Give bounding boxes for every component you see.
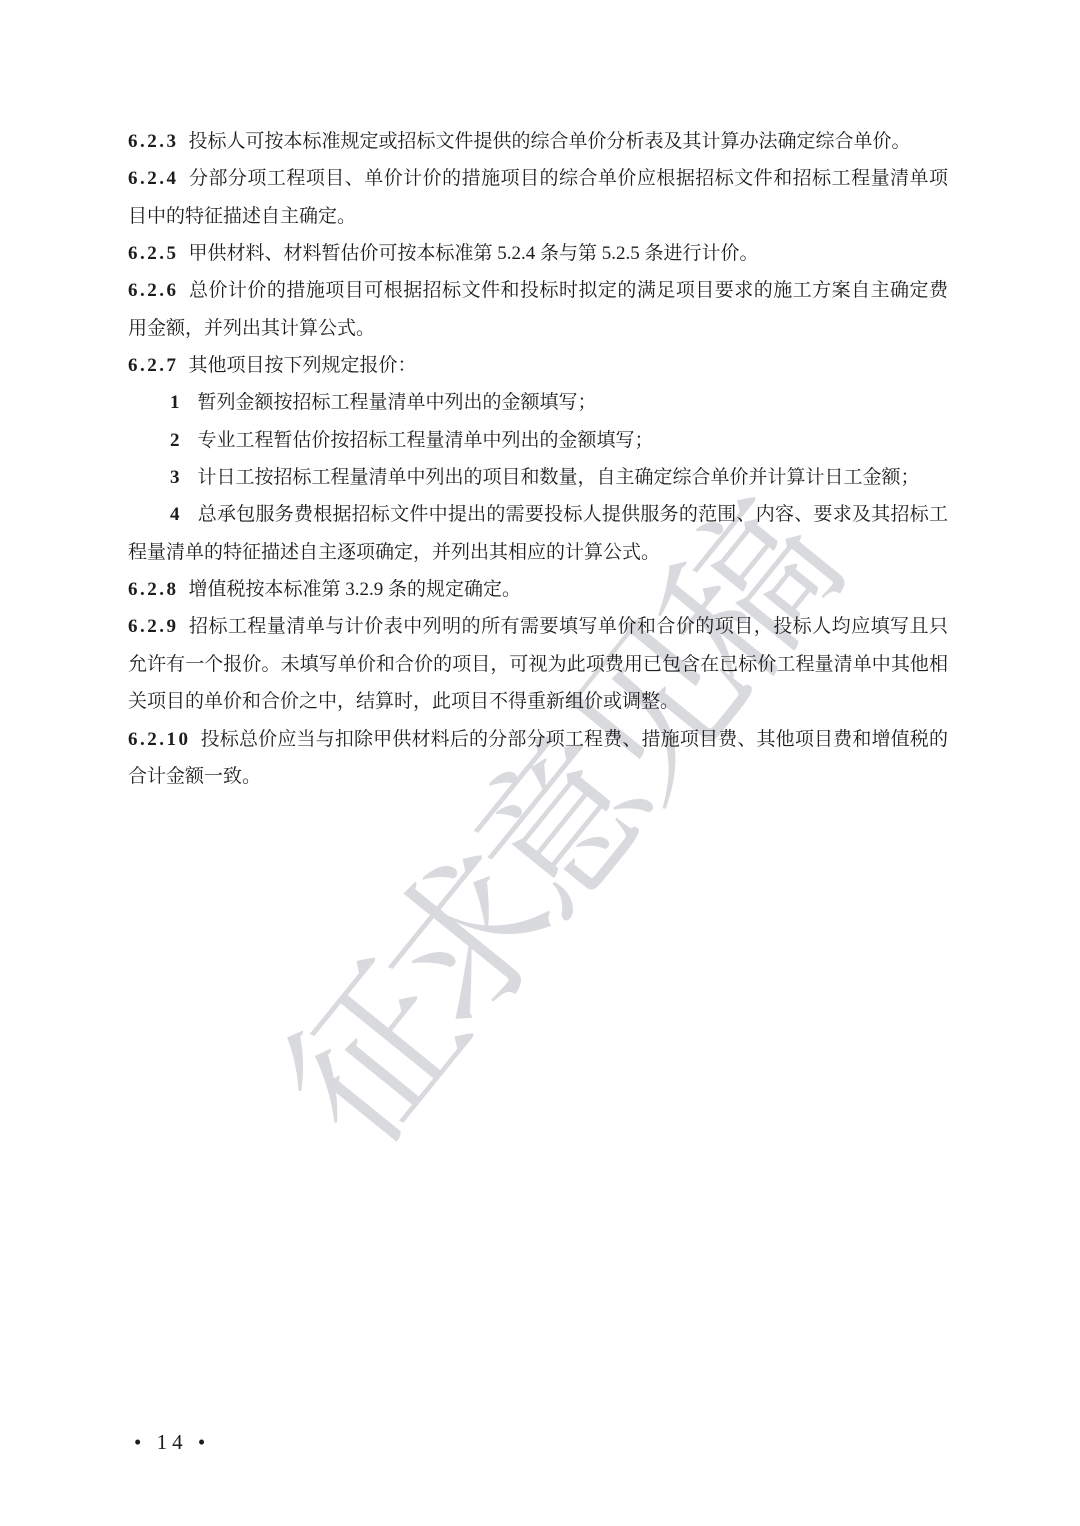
item-number: 2	[170, 430, 180, 451]
item-number: 4	[170, 504, 180, 525]
clause-text: 总价计价的措施项目可根据招标文件和投标时拟定的满足项目要求的施工方案自主确定费用…	[128, 280, 948, 338]
clause-text: 其他项目按下列规定报价：	[189, 355, 417, 376]
clause-number: 6.2.3	[128, 131, 179, 152]
item-text: 总承包服务费根据招标文件中提出的需要投标人提供服务的范围、内容、要求及其招标工程…	[128, 504, 948, 562]
clause-6-2-5: 6.2.5甲供材料、材料暂估价可按本标准第 5.2.4 条与第 5.2.5 条进…	[128, 235, 948, 272]
clause-text: 分部分项工程项目、单价计价的措施项目的综合单价应根据招标文件和招标工程量清单项目…	[128, 168, 948, 226]
clause-6-2-9: 6.2.9招标工程量清单与计价表中列明的所有需要填写单价和合价的项目，投标人均应…	[128, 608, 948, 720]
clause-list: 6.2.3投标人可按本标准规定或招标文件提供的综合单价分析表及其计算办法确定综合…	[128, 123, 948, 795]
item-text: 暂列金额按招标工程量清单中列出的金额填写；	[198, 392, 597, 413]
clause-6-2-7-item-1: 1暂列金额按招标工程量清单中列出的金额填写；	[128, 384, 948, 421]
item-text: 计日工按招标工程量清单中列出的项目和数量，自主确定综合单价并计算计日工金额；	[198, 467, 920, 488]
clause-number: 6.2.5	[128, 243, 179, 264]
clause-number: 6.2.8	[128, 579, 179, 600]
clause-text: 甲供材料、材料暂估价可按本标准第 5.2.4 条与第 5.2.5 条进行计价。	[189, 243, 759, 264]
clause-6-2-3: 6.2.3投标人可按本标准规定或招标文件提供的综合单价分析表及其计算办法确定综合…	[128, 123, 948, 160]
clause-6-2-7-item-2: 2专业工程暂估价按招标工程量清单中列出的金额填写；	[128, 422, 948, 459]
clause-6-2-7: 6.2.7其他项目按下列规定报价：	[128, 347, 948, 384]
clause-text: 投标总价应当与扣除甲供材料后的分部分项工程费、措施项目费、其他项目费和增值税的合…	[128, 729, 948, 787]
clause-6-2-8: 6.2.8增值税按本标准第 3.2.9 条的规定确定。	[128, 571, 948, 608]
clause-number: 6.2.4	[128, 168, 179, 189]
clause-number: 6.2.9	[128, 616, 179, 637]
clause-number: 6.2.6	[128, 280, 179, 301]
clause-6-2-7-item-3: 3计日工按招标工程量清单中列出的项目和数量，自主确定综合单价并计算计日工金额；	[128, 459, 948, 496]
page-number: • 14 •	[134, 1430, 210, 1455]
clause-number: 6.2.7	[128, 355, 179, 376]
clause-text: 招标工程量清单与计价表中列明的所有需要填写单价和合价的项目，投标人均应填写且只允…	[128, 616, 948, 712]
page-number-text: • 14 •	[134, 1430, 210, 1454]
clause-6-2-6: 6.2.6总价计价的措施项目可根据招标文件和投标时拟定的满足项目要求的施工方案自…	[128, 272, 948, 347]
document-page: 征求意见稿 6.2.3投标人可按本标准规定或招标文件提供的综合单价分析表及其计算…	[0, 0, 1080, 1526]
item-text: 专业工程暂估价按招标工程量清单中列出的金额填写；	[198, 430, 654, 451]
clause-6-2-7-item-4: 4总承包服务费根据招标文件中提出的需要投标人提供服务的范围、内容、要求及其招标工…	[128, 496, 948, 571]
item-number: 3	[170, 467, 180, 488]
clause-text: 投标人可按本标准规定或招标文件提供的综合单价分析表及其计算办法确定综合单价。	[189, 131, 911, 152]
clause-6-2-10: 6.2.10投标总价应当与扣除甲供材料后的分部分项工程费、措施项目费、其他项目费…	[128, 721, 948, 796]
clause-6-2-4: 6.2.4分部分项工程项目、单价计价的措施项目的综合单价应根据招标文件和招标工程…	[128, 160, 948, 235]
clause-number: 6.2.10	[128, 729, 191, 750]
item-number: 1	[170, 392, 180, 413]
clause-text: 增值税按本标准第 3.2.9 条的规定确定。	[189, 579, 522, 600]
